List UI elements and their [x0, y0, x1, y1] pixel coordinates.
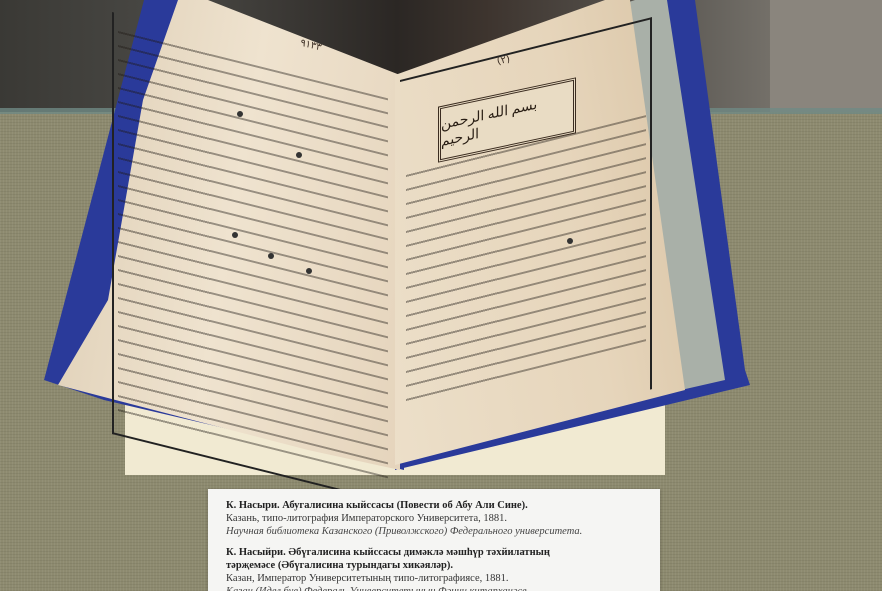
label-tt-title-1: К. Насыйри. Әбүгалисина кыйссасы димәклә… [226, 546, 646, 559]
left-page-text-lines [118, 20, 388, 487]
exhibit-label-card: К. Насыри. Абугалисина кыйссасы (Повести… [208, 489, 660, 591]
ornament-dot [306, 268, 312, 274]
museum-vitrine-scene: بسم الله الرحمن الرحيم ۹۱۳۳ (۲) К. Насыр… [0, 0, 882, 591]
ornament-dot [567, 238, 573, 244]
label-tt-imprint: Казан, Император Университетының типо-ли… [226, 572, 646, 585]
label-ru-title: К. Насыри. Абугалисина кыйссасы (Повести… [226, 499, 646, 512]
label-tt-title-2: тәрҗемәсе (Әбүгалисина турындагы хикәялә… [226, 559, 646, 572]
ornament-dot [237, 111, 243, 117]
back-wall-panel [770, 0, 882, 112]
label-ru-imprint: Казань, типо-литография Императорского У… [226, 512, 646, 525]
ornament-dot [296, 152, 302, 158]
label-ru-holder: Научная библиотека Казанского (Приволжск… [226, 525, 646, 538]
ornament-dot [268, 253, 274, 259]
label-tt-holder: Казан (Идел буе) Федераль Университетыны… [226, 585, 646, 591]
ornament-dot [232, 232, 238, 238]
